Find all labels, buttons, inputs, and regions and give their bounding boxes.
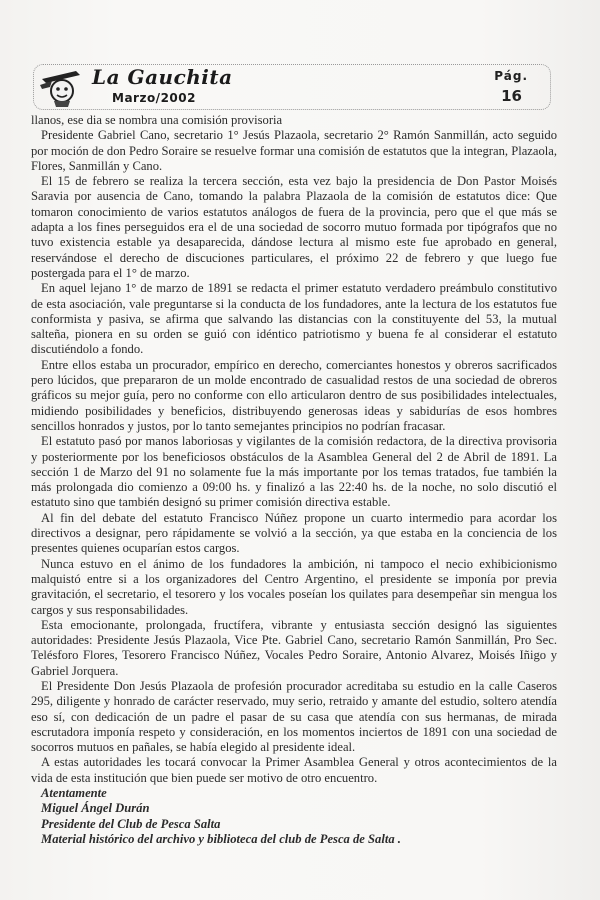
signature-closing: Atentamente xyxy=(31,786,557,801)
paragraph: llanos, ese dia se nombra una comisión p… xyxy=(31,113,557,128)
paragraph: A estas autoridades les tocará convocar … xyxy=(31,755,557,786)
paragraph: El estatuto pasó por manos laboriosas y … xyxy=(31,434,557,510)
page-number: 16 xyxy=(501,87,522,105)
paragraph: Esta emocionante, prolongada, fructífera… xyxy=(31,618,557,679)
source-note: Material histórico del archivo y bibliot… xyxy=(31,832,557,847)
page-header: La Gauchita Marzo/2002 Pág. 16 xyxy=(33,64,551,110)
paragraph: El 15 de febrero se realiza la tercera s… xyxy=(31,174,557,281)
signature-name: Miguel Ángel Durán xyxy=(31,801,557,816)
magazine-title: La Gauchita xyxy=(92,65,233,89)
article-body: llanos, ese dia se nombra una comisión p… xyxy=(31,113,557,847)
paragraph: Al fin del debate del estatuto Francisco… xyxy=(31,511,557,557)
gaucho-face-icon xyxy=(40,67,82,109)
paragraph: Nunca estuvo en el ánimo de los fundador… xyxy=(31,557,557,618)
issue-date: Marzo/2002 xyxy=(112,91,196,105)
paragraph: En aquel lejano 1° de marzo de 1891 se r… xyxy=(31,281,557,357)
signature-role: Presidente del Club de Pesca Salta xyxy=(31,817,557,832)
paragraph: Entre ellos estaba un procurador, empíri… xyxy=(31,358,557,434)
paragraph: El Presidente Don Jesús Plazaola de prof… xyxy=(31,679,557,755)
paragraph: Presidente Gabriel Cano, secretario 1° J… xyxy=(31,128,557,174)
document-page: La Gauchita Marzo/2002 Pág. 16 llanos, e… xyxy=(0,0,600,900)
page-label: Pág. xyxy=(494,69,528,83)
